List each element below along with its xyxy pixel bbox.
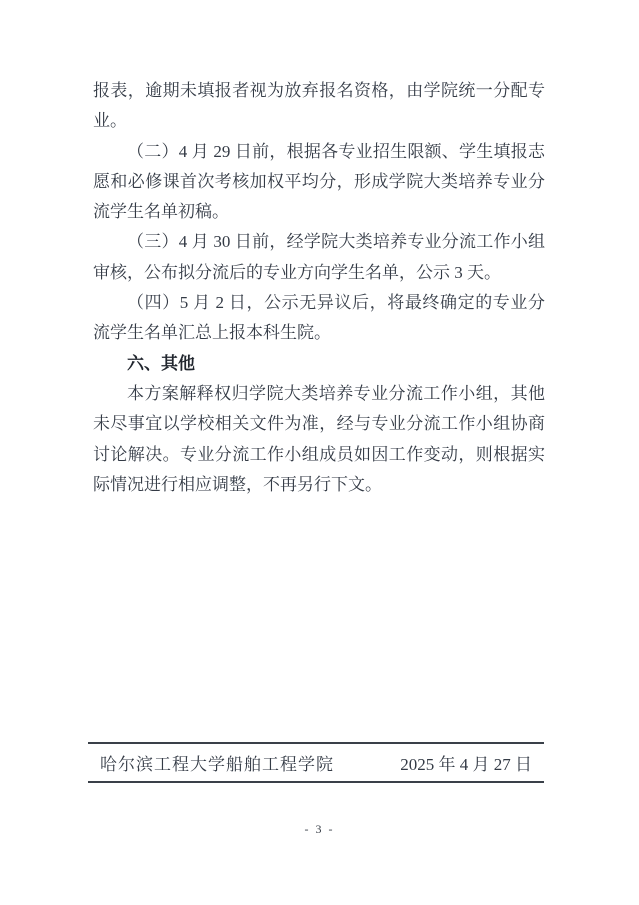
body-line: （二）4 月 29 日前，根据各专业招生限额、学生填报志 — [93, 137, 545, 167]
body-line: （四）5 月 2 日，公示无异议后，将最终确定的专业分 — [93, 288, 545, 318]
institution-name: 哈尔滨工程大学船舶工程学院 — [100, 750, 334, 775]
body-line: 愿和必修课首次考核加权平均分，形成学院大类培养专业分 — [93, 167, 545, 197]
body-line: 报表，逾期未填报者视为放弃报名资格，由学院统一分配专 — [93, 76, 545, 106]
body-line: 未尽事宜以学校相关文件为准，经与专业分流工作小组协商 — [93, 409, 545, 439]
document-page: 报表，逾期未填报者视为放弃报名资格，由学院统一分配专 业。 （二）4 月 29 … — [0, 0, 639, 905]
signature-date: 2025 年 4 月 27 日 — [400, 750, 532, 775]
body-line: （三）4 月 30 日前，经学院大类培养专业分流工作小组 — [93, 227, 545, 257]
body-line: 审核，公布拟分流后的专业方向学生名单，公示 3 天。 — [93, 258, 545, 288]
body-line: 业。 — [93, 106, 545, 136]
page-number: - 3 - — [0, 822, 639, 837]
signature-block: 哈尔滨工程大学船舶工程学院 2025 年 4 月 27 日 — [88, 742, 544, 783]
body-line: 讨论解决。专业分流工作小组成员如因工作变动，则根据实 — [93, 440, 545, 470]
body-line: 流学生名单初稿。 — [93, 197, 545, 227]
body-line: 本方案解释权归学院大类培养专业分流工作小组，其他 — [93, 379, 545, 409]
body-line: 流学生名单汇总上报本科生院。 — [93, 318, 545, 348]
body-line: 际情况进行相应调整，不再另行下文。 — [93, 470, 545, 500]
document-body: 报表，逾期未填报者视为放弃报名资格，由学院统一分配专 业。 （二）4 月 29 … — [93, 76, 545, 500]
section-heading-other: 六、其他 — [93, 349, 545, 379]
